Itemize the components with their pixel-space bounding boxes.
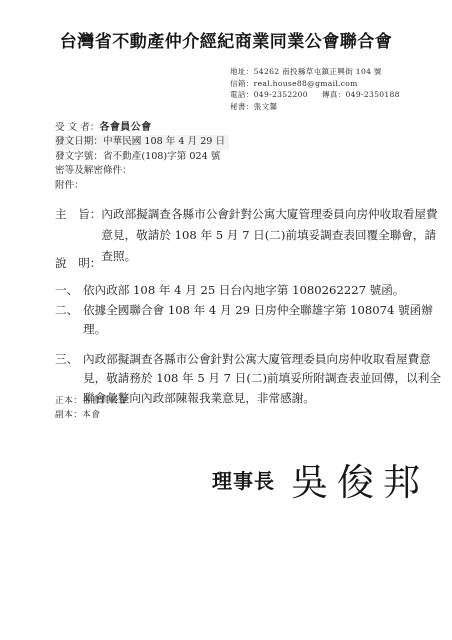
duplicate-copy-line: 副本：本會	[55, 408, 128, 422]
original-copy-line: 正本：各會員公會	[55, 394, 128, 408]
security-classification-line: 密等及解密條件：	[55, 164, 229, 178]
recipient-value: 各會員公會	[99, 122, 151, 133]
subject-text: 內政部擬調查各縣市公會針對公寓大廈管理委員向房仲收取看屋費意見，敬請於 108 …	[101, 204, 443, 267]
organization-title: 台灣省不動產仲介經紀商業同業公會聯合會	[0, 27, 452, 52]
signature-block: 理事長 吳俊邦	[212, 452, 429, 506]
item-1-text: 依內政部 108 年 4 月 25 日台內地字第 1080262227 號函。	[83, 281, 445, 301]
document-meta-block: 受 文 者：各會員公會 發文日期：中華民國 108 年 4 月 29 日 發文字…	[55, 121, 229, 193]
contact-address: 地址：54262 南投縣草屯鎮正興街 104 號	[230, 66, 400, 78]
recipient-line: 受 文 者：各會員公會	[55, 121, 229, 135]
copies-block: 正本：各會員公會 副本：本會	[55, 394, 128, 422]
contact-phone-fax: 電話：049-2352200傳真：049-2350188	[230, 89, 400, 101]
official-letter-page: 台灣省不動產仲介經紀商業同業公會聯合會 地址：54262 南投縣草屯鎮正興街 1…	[0, 0, 452, 640]
recipient-label: 受 文 者：	[55, 122, 99, 133]
item-3-text: 內政部擬調查各縣市公會針對公寓大廈管理委員向房仲收取看屋費意見，敬請務於 108…	[83, 350, 445, 409]
item-2-text: 依據全國聯合會 108 年 4 月 29 日房仲全聯雄字第 108074 號函辦…	[83, 301, 445, 340]
reference-number-line: 發文字號：省不動產(108)字第 024 號	[55, 150, 229, 164]
description-items: 一、 依內政部 108 年 4 月 25 日台內地字第 1080262227 號…	[55, 281, 445, 408]
issue-date-value: 發文日期：中華民國 108 年 4 月 29 日	[55, 135, 229, 149]
description-label: 說 明：	[55, 255, 101, 271]
contact-phone: 電話：049-2352200	[230, 90, 308, 99]
description-item-1: 一、 依內政部 108 年 4 月 25 日台內地字第 1080262227 號…	[55, 281, 445, 301]
contact-block: 地址：54262 南投縣草屯鎮正興街 104 號 信箱：real.house88…	[230, 66, 400, 112]
item-1-number: 一、	[55, 281, 83, 301]
item-2-number: 二、	[55, 301, 83, 340]
chairman-title: 理事長	[212, 465, 275, 494]
attachment-line: 附件：	[55, 179, 229, 193]
chairman-name: 吳俊邦	[291, 452, 429, 506]
subject-section: 主 旨： 內政部擬調查各縣市公會針對公寓大廈管理委員向房仲收取看屋費意見，敬請於…	[55, 204, 443, 267]
issue-date-line: 發文日期：中華民國 108 年 4 月 29 日	[55, 135, 229, 149]
contact-fax: 傳真：049-2350188	[322, 90, 400, 99]
contact-secretary: 秘書：張文馨	[230, 101, 400, 113]
contact-email: 信箱：real.house88@gmail.com	[230, 78, 400, 90]
description-item-2: 二、 依據全國聯合會 108 年 4 月 29 日房仲全聯雄字第 108074 …	[55, 301, 445, 340]
